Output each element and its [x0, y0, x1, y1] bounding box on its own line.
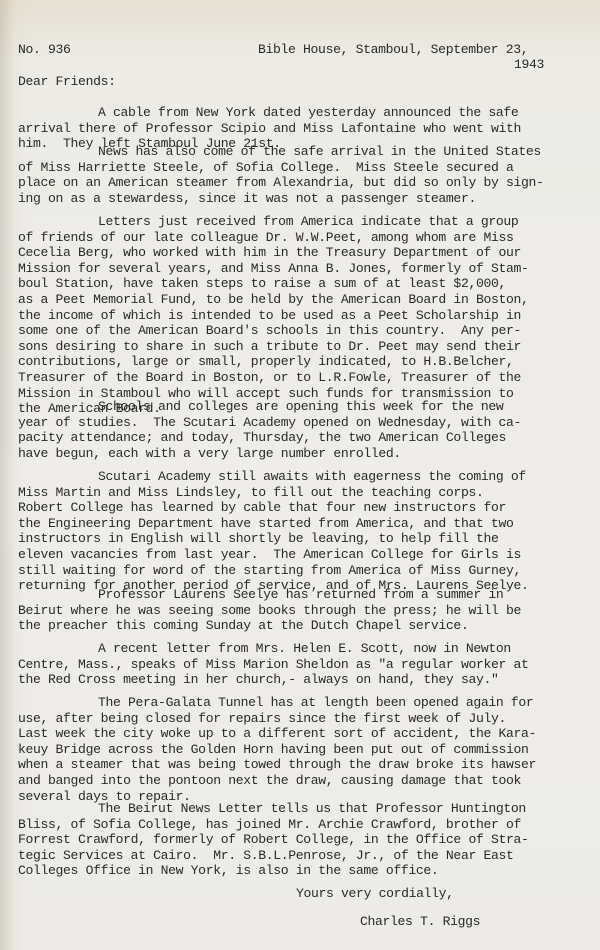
- letter-page: No. 936 Bible House, Stamboul, September…: [0, 0, 600, 950]
- paragraph-line: Treasurer of the Board in Boston, or to …: [18, 370, 588, 386]
- paragraph-line: boul Station, have taken steps to raise …: [18, 276, 588, 292]
- paragraph-line: of Miss Harriette Steele, of Sofia Colle…: [18, 160, 588, 176]
- paragraph-line: the Red Cross meeting in her church,- al…: [18, 672, 588, 688]
- paragraph-line: as a Peet Memorial Fund, to be held by t…: [18, 292, 588, 308]
- paragraph-line: keuy Bridge across the Golden Horn havin…: [18, 742, 588, 758]
- paragraph-line: the preacher this coming Sunday at the D…: [18, 618, 588, 634]
- place-and-date: Bible House, Stamboul, September 23,: [258, 42, 528, 58]
- paragraph-line: some one of the American Board's schools…: [18, 323, 588, 339]
- salutation: Dear Friends:: [18, 74, 116, 90]
- paragraph-line: the income of which is intended to be us…: [18, 308, 588, 324]
- paragraph-line: A recent letter from Mrs. Helen E. Scott…: [18, 641, 588, 657]
- signature: Charles T. Riggs: [360, 914, 480, 930]
- paragraph-line: still waiting for word of the starting f…: [18, 563, 588, 579]
- paragraph-line: Beirut where he was seeing some books th…: [18, 603, 588, 619]
- paragraph-line: Miss Martin and Miss Lindsley, to fill o…: [18, 485, 588, 501]
- paragraph-line: A cable from New York dated yesterday an…: [18, 105, 588, 121]
- paragraph-line: pacity attendance; and today, Thursday, …: [18, 430, 588, 446]
- paragraph-line: have begun, each with a very large numbe…: [18, 446, 588, 462]
- letter-number: No. 936: [18, 42, 71, 58]
- paragraph-line: sons desiring to share in such a tribute…: [18, 339, 588, 355]
- paragraph-steele-arrival: News has also come of the safe arrival i…: [18, 144, 588, 206]
- paragraph-line: year of studies. The Scutari Academy ope…: [18, 415, 588, 431]
- paragraph-line: Mission for several years, and Miss Anna…: [18, 261, 588, 277]
- paragraph-scott-letter: A recent letter from Mrs. Helen E. Scott…: [18, 641, 588, 688]
- paragraph-beirut-news-letter: The Beirut News Letter tells us that Pro…: [18, 801, 588, 879]
- paragraph-line: instructors in English will shortly be l…: [18, 531, 588, 547]
- paragraph-line: contributions, large or small, properly …: [18, 354, 588, 370]
- paragraph-line: Scutari Academy still awaits with eagern…: [18, 469, 588, 485]
- paragraph-schools-opening: Schools and colleges are opening this we…: [18, 399, 588, 461]
- paragraph-line: Last week the city woke up to a differen…: [18, 726, 588, 742]
- paragraph-line: use, after being closed for repairs sinc…: [18, 711, 588, 727]
- paragraph-line: ing on as a stewardess, since it was not…: [18, 191, 588, 207]
- paragraph-line: arrival there of Professor Scipio and Mi…: [18, 121, 588, 137]
- closing: Yours very cordially,: [296, 886, 454, 902]
- paragraph-seelye-return: Professor Laurens Seelye has returned fr…: [18, 587, 588, 634]
- paragraph-tunnel-bridge: The Pera-Galata Tunnel has at length bee…: [18, 695, 588, 804]
- paragraph-line: Letters just received from America indic…: [18, 214, 588, 230]
- paragraph-line: the Engineering Department have started …: [18, 516, 588, 532]
- paragraph-line: Forrest Crawford, formerly of Robert Col…: [18, 832, 588, 848]
- paragraph-line: The Pera-Galata Tunnel has at length bee…: [18, 695, 588, 711]
- paragraph-line: The Beirut News Letter tells us that Pro…: [18, 801, 588, 817]
- paragraph-line: Colleges Office in New York, is also in …: [18, 863, 588, 879]
- paragraph-line: when a steamer that was being towed thro…: [18, 757, 588, 773]
- paragraph-line: place on an American steamer from Alexan…: [18, 175, 588, 191]
- paragraph-line: Cecelia Berg, who worked with him in the…: [18, 245, 588, 261]
- paragraph-line: eleven vacancies from last year. The Ame…: [18, 547, 588, 563]
- paragraph-line: Centre, Mass., speaks of Miss Marion She…: [18, 657, 588, 673]
- letter-year: 1943: [514, 57, 544, 73]
- paragraph-line: Robert College has learned by cable that…: [18, 500, 588, 516]
- paragraph-line: and banged into the pontoon next the dra…: [18, 773, 588, 789]
- paragraph-line: News has also come of the safe arrival i…: [18, 144, 588, 160]
- paragraph-peet-memorial-fund: Letters just received from America indic…: [18, 214, 588, 417]
- paragraph-line: Professor Laurens Seelye has returned fr…: [18, 587, 588, 603]
- paragraph-line: Bliss, of Sofia College, has joined Mr. …: [18, 817, 588, 833]
- paragraph-line: tegic Services at Cairo. Mr. S.B.L.Penro…: [18, 848, 588, 864]
- paragraph-line: Schools and colleges are opening this we…: [18, 399, 588, 415]
- paragraph-line: of friends of our late colleague Dr. W.W…: [18, 230, 588, 246]
- paragraph-teaching-staff: Scutari Academy still awaits with eagern…: [18, 469, 588, 594]
